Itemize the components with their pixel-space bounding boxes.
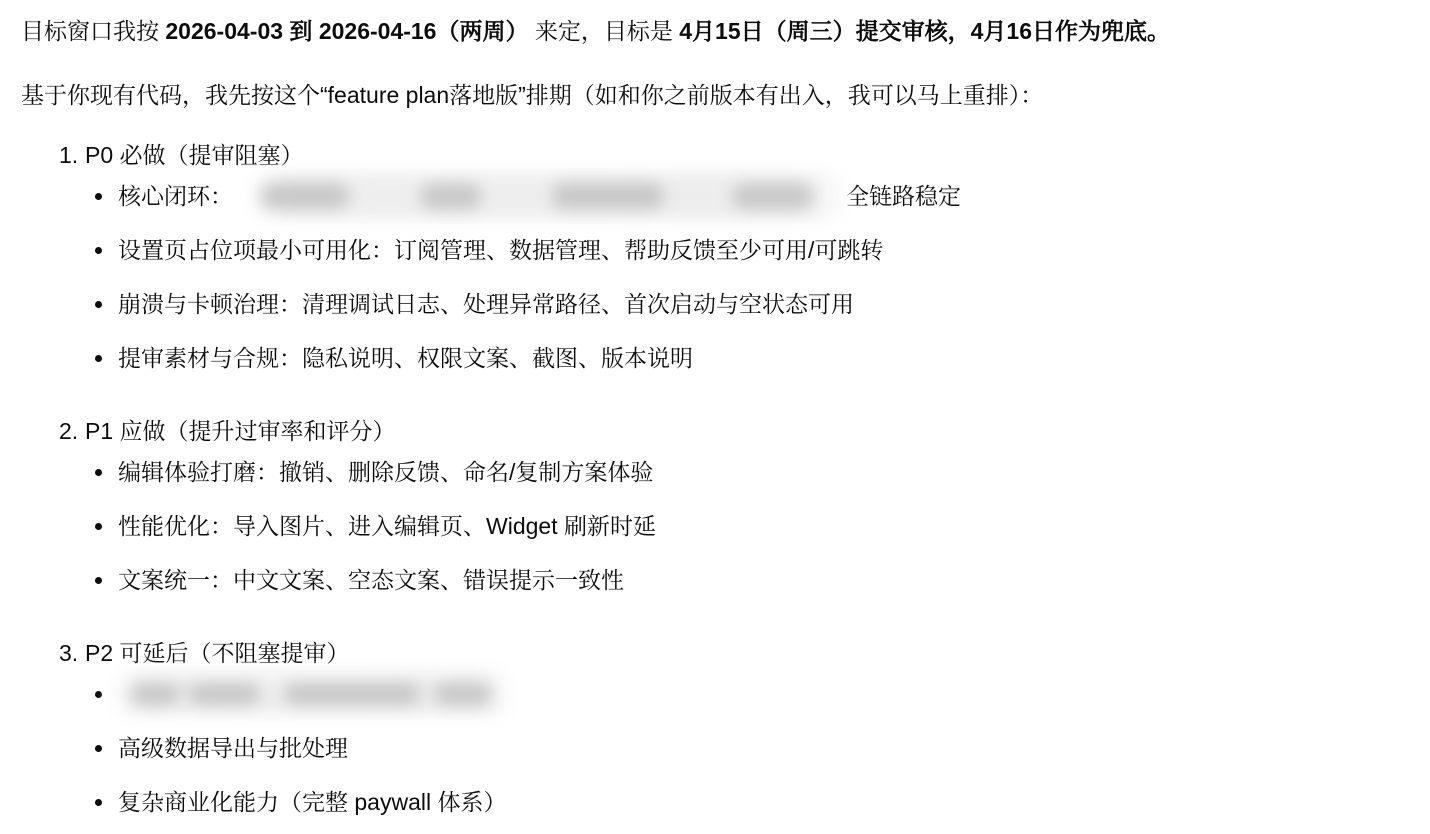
message-body: 目标窗口我按 2026-04-03 到 2026-04-16（两周） 来定，目标… <box>0 0 1430 819</box>
bullet-icon <box>95 469 102 476</box>
item-text: 文案统一：中文文案、空态文案、错误提示一致性 <box>118 567 624 593</box>
redacted-blur-region <box>112 673 512 715</box>
bullet-icon <box>95 301 102 308</box>
item-text: 复杂商业化能力（完整 paywall 体系） <box>118 789 506 815</box>
item-text: 崩溃与卡顿治理：清理调试日志、处理异常路径、首次启动与空状态可用 <box>118 291 854 317</box>
bullet-icon <box>95 799 102 806</box>
section-header: 3.P2 可延后（不阻塞提审） <box>21 636 1410 670</box>
item-text: 编辑体验打磨：撤销、删除反馈、命名/复制方案体验 <box>118 459 653 485</box>
item-text: 提审素材与合规：隐私说明、权限文案、截图、版本说明 <box>118 345 693 371</box>
item-prefix: 核心闭环： <box>118 183 233 209</box>
section-title: P0 必做（提审阻塞） <box>85 142 304 168</box>
bullet-list: 核心闭环：全链路稳定 设置页占位项最小可用化：订阅管理、数据管理、帮助反馈至少可… <box>21 179 1410 375</box>
section-number: 2. <box>59 414 78 448</box>
bullet-icon <box>95 355 102 362</box>
redacted-blur-region <box>248 172 845 220</box>
bullet-icon <box>95 247 102 254</box>
bullet-icon <box>95 745 102 752</box>
item-text: 设置页占位项最小可用化：订阅管理、数据管理、帮助反馈至少可用/可跳转 <box>118 237 883 263</box>
paragraph-intro: 基于你现有代码，我先按这个“feature plan落地版”排期（如和你之前版本… <box>21 78 1410 112</box>
section-title: P1 应做（提升过审率和评分） <box>85 418 396 444</box>
list-section-p0: 1.P0 必做（提审阻塞） 核心闭环：全链路稳定 设置页占位项最小可用化：订阅管… <box>21 138 1410 375</box>
section-title: P2 可延后（不阻塞提审） <box>85 640 350 666</box>
text-segment-bold-deadline: 4月15日（周三）提交审核，4月16日作为兜底。 <box>679 18 1170 44</box>
item-suffix: 全链路稳定 <box>846 183 961 209</box>
bullet-icon <box>95 691 102 698</box>
bullet-list: 编辑体验打磨：撤销、删除反馈、命名/复制方案体验 性能优化：导入图片、进入编辑页… <box>21 455 1410 597</box>
bullet-icon <box>95 523 102 530</box>
section-header: 2.P1 应做（提升过审率和评分） <box>21 414 1410 448</box>
list-item: 文案统一：中文文案、空态文案、错误提示一致性 <box>21 563 1410 597</box>
bullet-icon <box>95 577 102 584</box>
list-item: 崩溃与卡顿治理：清理调试日志、处理异常路径、首次启动与空状态可用 <box>21 287 1410 321</box>
list-item: 编辑体验打磨：撤销、删除反馈、命名/复制方案体验 <box>21 455 1410 489</box>
item-text: 高级数据导出与批处理 <box>118 735 348 761</box>
priority-list: 1.P0 必做（提审阻塞） 核心闭环：全链路稳定 设置页占位项最小可用化：订阅管… <box>21 138 1410 819</box>
list-item: 设置页占位项最小可用化：订阅管理、数据管理、帮助反馈至少可用/可跳转 <box>21 233 1410 267</box>
text-segment: 来定，目标是 <box>528 18 679 44</box>
paragraph-target-window: 目标窗口我按 2026-04-03 到 2026-04-16（两周） 来定，目标… <box>21 14 1410 48</box>
list-section-p2: 3.P2 可延后（不阻塞提审） 高级数据导出与批处理 复杂商业化能力（完整 pa… <box>21 636 1410 819</box>
bullet-icon <box>95 193 102 200</box>
item-text: 性能优化：导入图片、进入编辑页、Widget 刷新时延 <box>118 513 656 539</box>
text-segment-bold-dates: 2026-04-03 到 2026-04-16（两周） <box>165 18 528 44</box>
list-item-core-loop: 核心闭环：全链路稳定 <box>21 179 1410 213</box>
bullet-list: 高级数据导出与批处理 复杂商业化能力（完整 paywall 体系） <box>21 677 1410 819</box>
section-header: 1.P0 必做（提审阻塞） <box>21 138 1410 172</box>
list-item-redacted <box>21 677 1410 711</box>
list-item: 性能优化：导入图片、进入编辑页、Widget 刷新时延 <box>21 509 1410 543</box>
list-item: 复杂商业化能力（完整 paywall 体系） <box>21 785 1410 819</box>
list-section-p1: 2.P1 应做（提升过审率和评分） 编辑体验打磨：撤销、删除反馈、命名/复制方案… <box>21 414 1410 597</box>
section-number: 1. <box>59 138 78 172</box>
list-item: 高级数据导出与批处理 <box>21 731 1410 765</box>
text-segment: 目标窗口我按 <box>21 18 165 44</box>
section-number: 3. <box>59 636 78 670</box>
list-item: 提审素材与合规：隐私说明、权限文案、截图、版本说明 <box>21 341 1410 375</box>
